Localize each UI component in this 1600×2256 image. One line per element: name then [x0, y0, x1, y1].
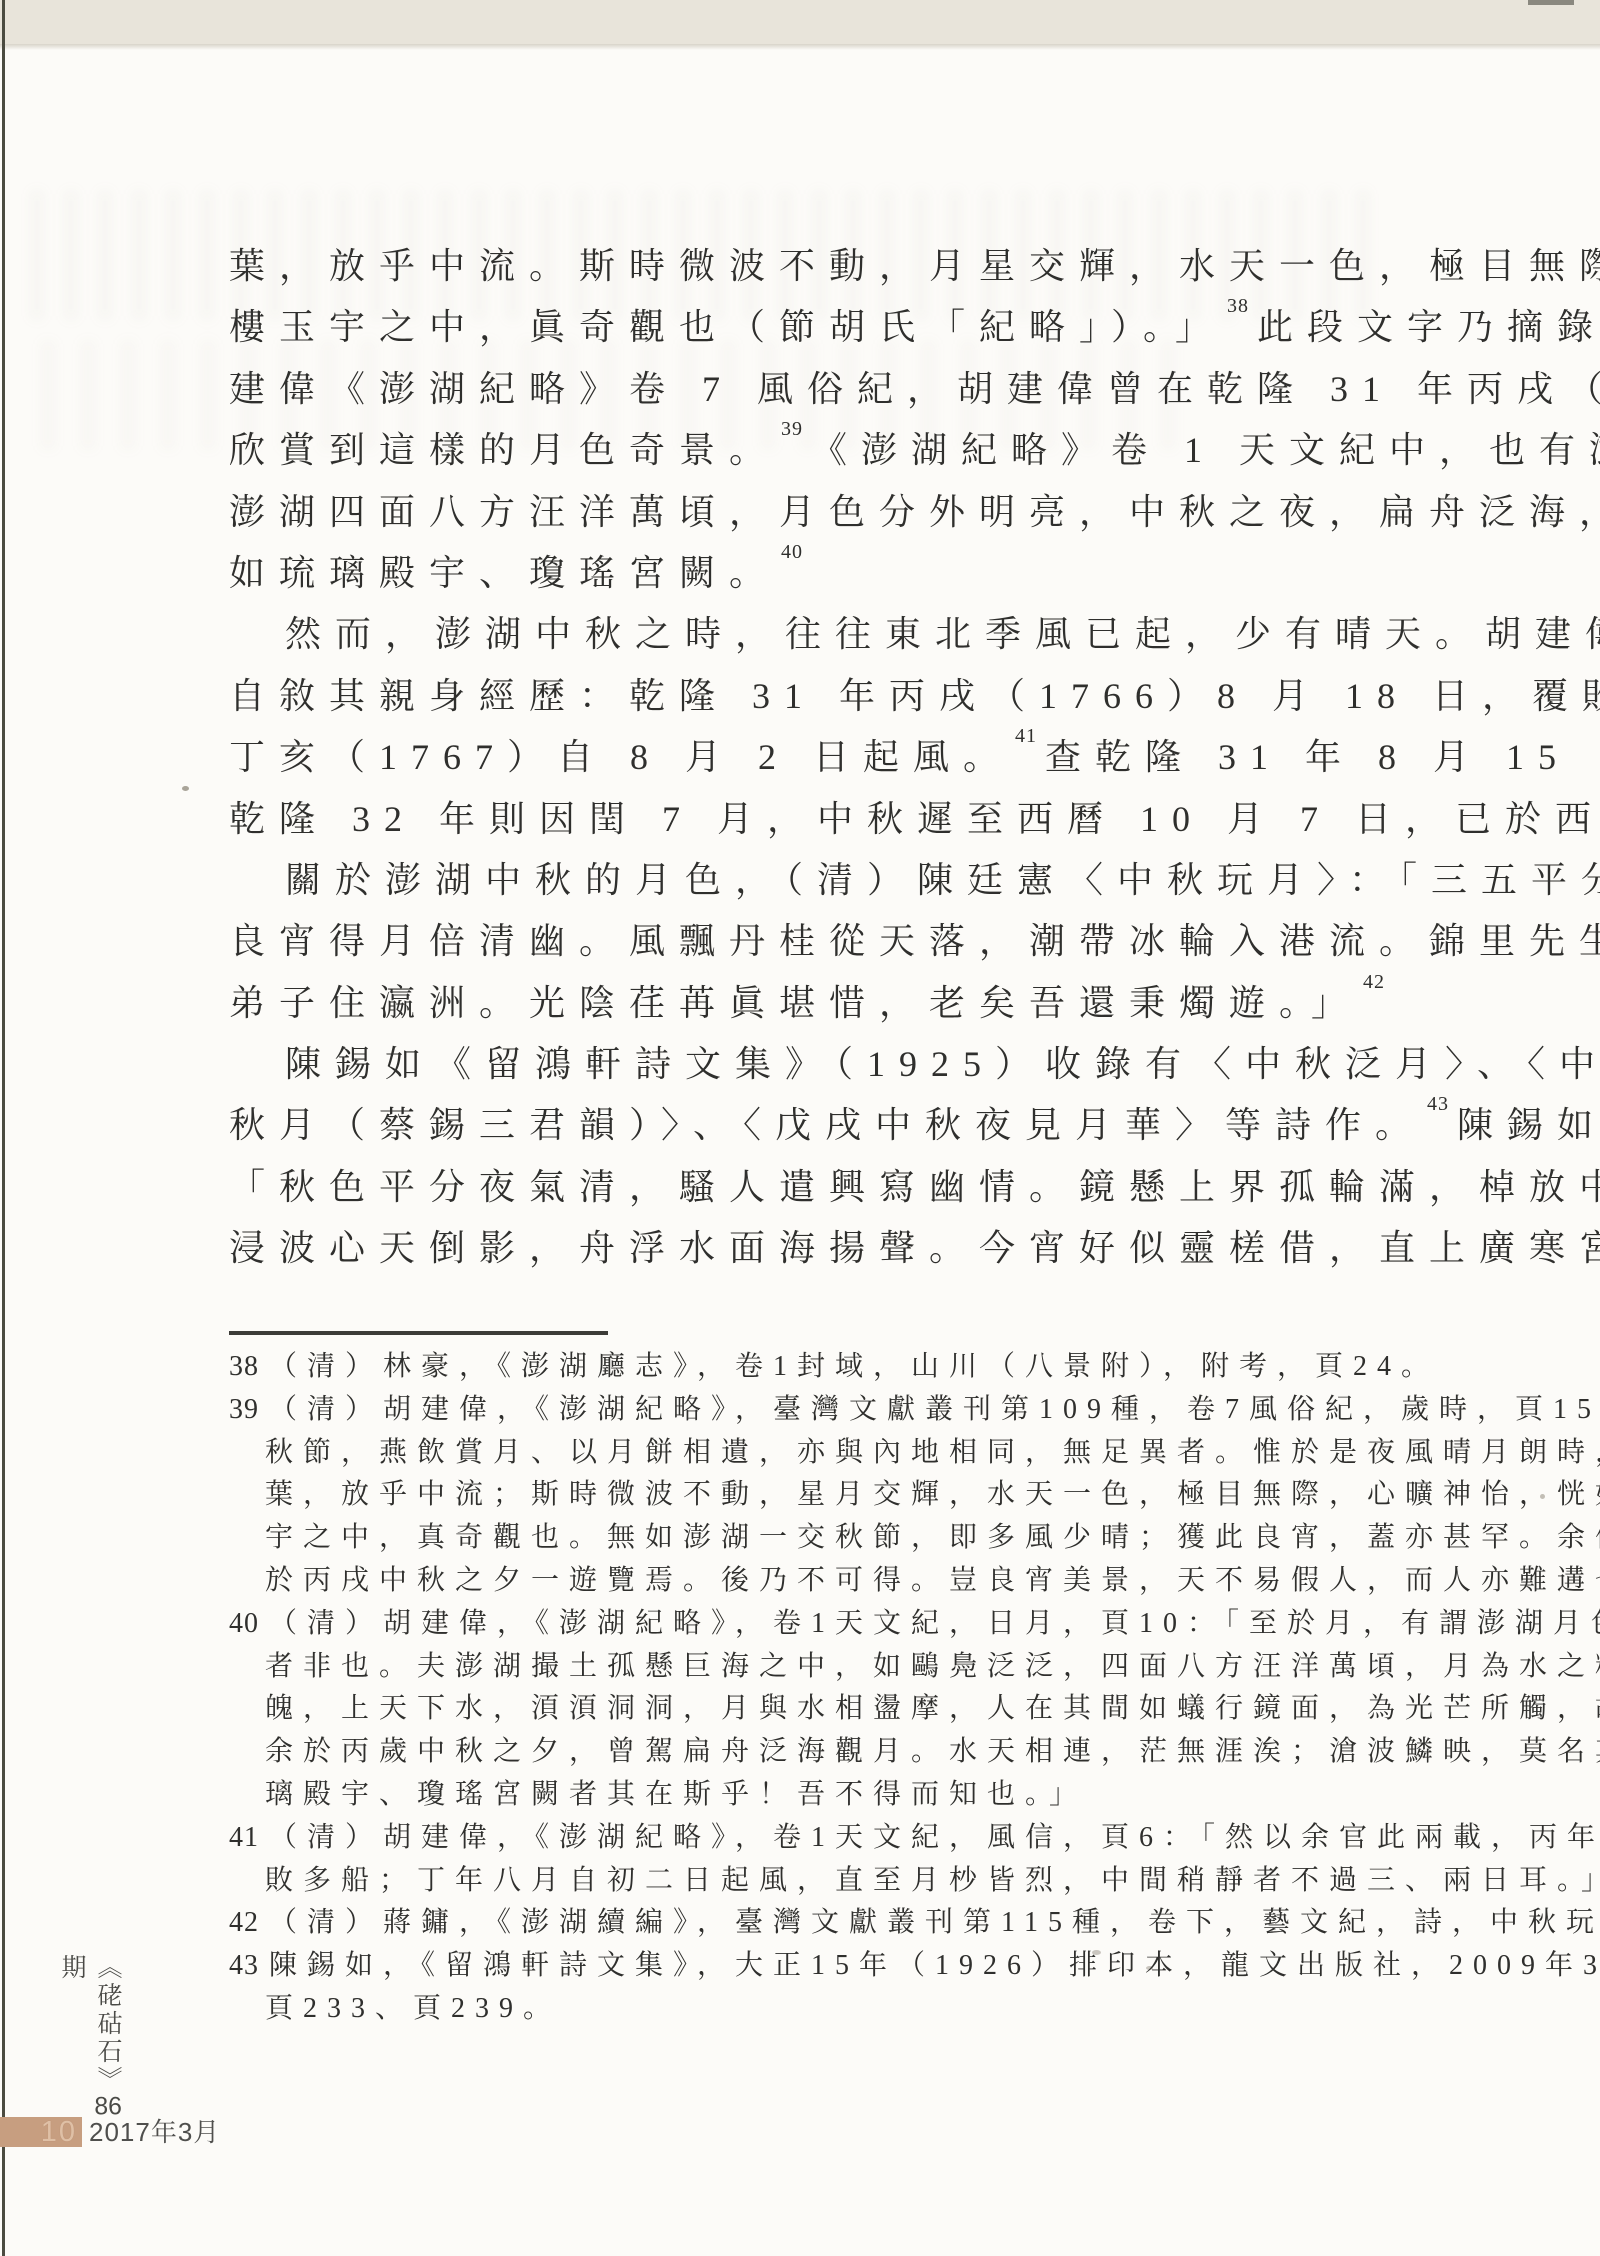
body-line: 建偉《澎湖紀略》卷 7 風俗紀，胡建偉曾在乾隆 31 年丙戌（1766）中秋夜， — [229, 359, 1425, 420]
body-text: 查乾隆 31 年 8 月 15 日中秋，西曆 9 月 18 日； — [1045, 737, 1600, 777]
body-line: 「秋色平分夜氣清，騷人遣興寫幽情。鏡懸上界孤輪滿，棹放中流一葉輕。月 — [229, 1157, 1425, 1218]
footnote-separator — [229, 1331, 608, 1335]
body-text: 自敘其親身經歷：乾隆 31 年丙戌（1766）8 月 18 日，覆敗多船；乾隆 … — [229, 676, 1600, 716]
footnote-ref: 41 — [1015, 725, 1037, 747]
footnote-text: 葉，放乎中流；斯時微波不動，星月交輝，水天一色，極目無際，心曠神怡，恍如置身瓊樓… — [265, 1479, 1600, 1510]
scan-left-edge-line — [2, 0, 5, 2256]
footnote-first-line: 41（清）胡建偉，《澎湖紀略》，卷1天文紀，風信，頁6：「然以余官此兩載，丙年八… — [229, 1817, 1459, 1860]
body-line: 丁亥（1767）自 8 月 2 日起風。41查乾隆 31 年 8 月 15 日中… — [229, 727, 1425, 788]
footnote-number: 40 — [229, 1603, 265, 1646]
footnote-first-line: 40（清）胡建偉，《澎湖紀略》，卷1天文紀，日月，頁10：「至於月，有謂澎湖月色… — [229, 1603, 1459, 1646]
footnote-text: 敗多船；丁年八月自初二日起風，直至月杪皆烈，中間稍靜者不過三、兩日耳。」 — [265, 1865, 1600, 1896]
issue-date: 2017年3月 — [89, 2116, 220, 2148]
footnote-first-line: 43陳錫如，《留鴻軒詩文集》，大正15年（1926）排印本，龍文出版社，2009… — [229, 1945, 1459, 1988]
footnote-first-line: 39（清）胡建偉，《澎湖紀略》，臺灣文獻叢刊第109種，卷7風俗紀，歲時，頁15… — [229, 1389, 1459, 1432]
footnote-ref: 38 — [1227, 295, 1249, 317]
body-text: 如琉璃殿宇、瓊瑤宮闕。 — [229, 553, 779, 593]
footnote-continuation-line: 璃殿宇、瓊瑤宮闕者其在斯乎！吾不得而知也。」 — [229, 1774, 1459, 1817]
footnote-text: 余於丙歲中秋之夕，曾駕扁舟泛海觀月。水天相連，茫無涯涘；滄波鱗映，莫名其狀。所謂… — [265, 1736, 1600, 1767]
body-text: 澎湖四面八方汪洋萬頃，月色分外明亮，中秋之夜，扁舟泛海，水天相連，有 — [229, 492, 1600, 532]
body-text: 秋月（蔡錫三君韻）〉、〈戊戌中秋夜見月華〉等詩作。 — [229, 1105, 1425, 1145]
body-text: 關於澎湖中秋的月色，（清）陳廷憲〈中秋玩月〉：「三五平分九十秋， — [285, 860, 1600, 900]
footnote-text: 魄，上天下水，湏湏洞洞，月與水相盪摩，人在其間如蟻行鏡面，為光芒所觸，故覺獨明耳… — [265, 1693, 1600, 1724]
footnote-text: （清）林豪，《澎湖廳志》，卷1封域，山川（八景附），附考，頁24。 — [269, 1351, 1439, 1382]
footnote-number: 43 — [229, 1945, 265, 1988]
body-text: 建偉《澎湖紀略》卷 7 風俗紀，胡建偉曾在乾隆 31 年丙戌（1766）中秋夜， — [229, 369, 1600, 409]
footnote-text: 璃殿宇、瓊瑤宮闕者其在斯乎！吾不得而知也。」 — [265, 1779, 1087, 1810]
footnote-text: 於丙戌中秋之夕一遊覽焉。後乃不可得。豈良宵美景，天不易假人，而人亦難遘也哉！」 — [265, 1565, 1600, 1596]
body-line: 良宵得月倍清幽。風飄丹桂從天落，潮帶冰輪入港流。錦里先生來海嶠，絳紗 — [229, 911, 1425, 972]
body-text: 此段文字乃摘錄自（清）胡 — [1257, 307, 1600, 347]
body-line: 弟子住瀛洲。光陰荏苒眞堪惜，老矣吾還秉燭遊。」42 — [229, 973, 1425, 1034]
footnote-ref: 42 — [1363, 971, 1385, 993]
footnote-text: （清）胡建偉，《澎湖紀略》，卷1天文紀，風信，頁6：「然以余官此兩載，丙年八月十… — [269, 1822, 1600, 1853]
body-line: 浸波心天倒影，舟浮水面海揚聲。今宵好似靈槎借，直上廣寒宮裏行。」「湖 — [229, 1218, 1425, 1279]
footnote-text: 宇之中，真奇觀也。無如澎湖一交秋節，即多風少晴；獲此良宵，蓋亦甚罕。余任澎三載，… — [265, 1522, 1600, 1553]
body-text: 良宵得月倍清幽。風飄丹桂從天落，潮帶冰輪入港流。錦里先生來海嶠，絳紗 — [229, 921, 1600, 961]
footnote-text: 頁233、頁239。 — [265, 1993, 561, 2024]
footnote-text: （清）胡建偉，《澎湖紀略》，卷1天文紀，日月，頁10：「至於月，有謂澎湖月色分外… — [269, 1608, 1600, 1639]
footnote-number: 39 — [229, 1389, 265, 1432]
body-line: 欣賞到這樣的月色奇景。39《澎湖紀略》卷 1 天文紀中，也有澎湖月色的描述： — [229, 420, 1425, 481]
body-line: 關於澎湖中秋的月色，（清）陳廷憲〈中秋玩月〉：「三五平分九十秋， — [229, 850, 1425, 911]
footnote-ref: 40 — [781, 541, 803, 563]
footnote-number: 38 — [229, 1346, 265, 1389]
footnote-continuation-line: 於丙戌中秋之夕一遊覽焉。後乃不可得。豈良宵美景，天不易假人，而人亦難遘也哉！」 — [229, 1560, 1459, 1603]
scan-speck — [182, 786, 189, 791]
footnote-text: 陳錫如，《留鴻軒詩文集》，大正15年（1926）排印本，龍文出版社，2009年3… — [269, 1950, 1600, 1981]
body-text: 樓玉宇之中，眞奇觀也（節胡氏「紀略」）。」 — [229, 307, 1225, 347]
body-line: 秋月（蔡錫三君韻）〉、〈戊戌中秋夜見月華〉等詩作。43陳錫如〈中秋泛月〉： — [229, 1095, 1425, 1156]
footnote-number: 41 — [229, 1817, 265, 1860]
footnote-text: （清）蔣鏞，《澎湖續編》，臺灣文獻叢刊第115種，卷下，藝文紀，詩，中秋玩月，頁… — [269, 1907, 1600, 1938]
scan-band-shadow — [0, 44, 1600, 50]
body-line: 澎湖四面八方汪洋萬頃，月色分外明亮，中秋之夜，扁舟泛海，水天相連，有 — [229, 482, 1425, 543]
body-text: 「秋色平分夜氣清，騷人遣興寫幽情。鏡懸上界孤輪滿，棹放中流一葉輕。月 — [229, 1167, 1600, 1207]
footnote-continuation-line: 者非也。夫澎湖撮土孤懸巨海之中，如鷗鳧泛泛，四面八方汪洋萬頃，月為水之精、水為月… — [229, 1646, 1459, 1689]
footnote-first-line: 42（清）蔣鏞，《澎湖續編》，臺灣文獻叢刊第115種，卷下，藝文紀，詩，中秋玩月… — [229, 1902, 1459, 1945]
footnote-ref: 39 — [781, 418, 803, 440]
footnote-continuation-line: 葉，放乎中流；斯時微波不動，星月交輝，水天一色，極目無際，心曠神怡，恍如置身瓊樓… — [229, 1474, 1459, 1517]
page-number-bar: 10 — [0, 2117, 82, 2147]
body-line: 葉，放乎中流。斯時微波不動，月星交輝，水天一色，極目無際，恍如置身瓊 — [229, 236, 1425, 297]
body-line: 樓玉宇之中，眞奇觀也（節胡氏「紀略」）。」38此段文字乃摘錄自（清）胡 — [229, 297, 1425, 358]
body-text: 浸波心天倒影，舟浮水面海揚聲。今宵好似靈槎借，直上廣寒宮裏行。」「湖 — [229, 1228, 1600, 1268]
page-number: 10 — [41, 2117, 77, 2147]
issue-suffix: 期 — [58, 1954, 86, 1982]
body-text: 陳錫如〈中秋泛月〉： — [1457, 1105, 1600, 1145]
body-text: 欣賞到這樣的月色奇景。 — [229, 430, 779, 470]
footnote-first-line: 38（清）林豪，《澎湖廳志》，卷1封域，山川（八景附），附考，頁24。 — [229, 1346, 1459, 1389]
body-line: 乾隆 32 年則因閏 7 月，中秋遲至西曆 10 月 7 日，已於西曆 9 月 … — [229, 789, 1425, 850]
body-text: 丁亥（1767）自 8 月 2 日起風。 — [229, 737, 1013, 777]
body-text: 葉，放乎中流。斯時微波不動，月星交輝，水天一色，極目無際，恍如置身瓊 — [229, 246, 1600, 286]
footnote-text: （清）胡建偉，《澎湖紀略》，臺灣文獻叢刊第109種，卷7風俗紀，歲時，頁156-… — [269, 1394, 1600, 1425]
scanned-journal-page: 葉，放乎中流。斯時微波不動，月星交輝，水天一色，極目無際，恍如置身瓊樓玉宇之中，… — [0, 0, 1600, 2256]
body-text: 乾隆 32 年則因閏 7 月，中秋遲至西曆 10 月 7 日，已於西曆 9 月 … — [229, 799, 1600, 839]
journal-title-vertical: 《硓𥑮石》86期 — [54, 1954, 126, 2124]
footnote-continuation-line: 秋節，燕飲賞月、以月餅相遺，亦與內地相同，無足異者。惟於是夜風晴月朗時，買扁舟一 — [229, 1432, 1459, 1475]
footnote-ref: 43 — [1427, 1093, 1449, 1115]
footnotes: 38（清）林豪，《澎湖廳志》，卷1封域，山川（八景附），附考，頁24。39（清）… — [229, 1346, 1459, 2031]
footnote-continuation-line: 敗多船；丁年八月自初二日起風，直至月杪皆烈，中間稍靜者不過三、兩日耳。」 — [229, 1860, 1459, 1903]
footnote-continuation-line: 魄，上天下水，湏湏洞洞，月與水相盪摩，人在其間如蟻行鏡面，為光芒所觸，故覺獨明耳… — [229, 1688, 1459, 1731]
body-text: 弟子住瀛洲。光陰荏苒眞堪惜，老矣吾還秉燭遊。」 — [229, 983, 1361, 1023]
body-line: 然而，澎湖中秋之時，往往東北季風已起，少有晴天。胡建偉《澎湖紀略》 — [229, 604, 1425, 665]
body-text: 陳錫如《留鴻軒詩文集》（1925）收錄有〈中秋泛月〉、〈中秋玩月〉、〈中 — [285, 1044, 1600, 1084]
scan-top-band — [0, 0, 1600, 44]
footnote-text: 秋節，燕飲賞月、以月餅相遺，亦與內地相同，無足異者。惟於是夜風晴月朗時，買扁舟一 — [265, 1437, 1600, 1468]
footnote-text: 者非也。夫澎湖撮土孤懸巨海之中，如鷗鳧泛泛，四面八方汪洋萬頃，月為水之精、水為月… — [265, 1651, 1600, 1682]
journal-name: 《硓𥑮石》 — [94, 1954, 122, 2094]
footnote-number: 42 — [229, 1902, 265, 1945]
footnote-continuation-line: 宇之中，真奇觀也。無如澎湖一交秋節，即多風少晴；獲此良宵，蓋亦甚罕。余任澎三載，… — [229, 1517, 1459, 1560]
body-line: 自敘其親身經歷：乾隆 31 年丙戌（1766）8 月 18 日，覆敗多船；乾隆 … — [229, 666, 1425, 727]
body-text: 《澎湖紀略》卷 1 天文紀中，也有澎湖月色的描述： — [811, 430, 1600, 470]
article-body: 葉，放乎中流。斯時微波不動，月星交輝，水天一色，極目無際，恍如置身瓊樓玉宇之中，… — [229, 236, 1425, 1280]
footnote-continuation-line: 頁233、頁239。 — [229, 1988, 1459, 2031]
body-text: 然而，澎湖中秋之時，往往東北季風已起，少有晴天。胡建偉《澎湖紀略》 — [285, 614, 1600, 654]
body-line: 陳錫如《留鴻軒詩文集》（1925）收錄有〈中秋泛月〉、〈中秋玩月〉、〈中 — [229, 1034, 1425, 1095]
body-line: 如琉璃殿宇、瓊瑤宮闕。40 — [229, 543, 1425, 604]
scan-artifact-tick — [1528, 0, 1574, 5]
footnote-continuation-line: 余於丙歲中秋之夕，曾駕扁舟泛海觀月。水天相連，茫無涯涘；滄波鱗映，莫名其狀。所謂… — [229, 1731, 1459, 1774]
